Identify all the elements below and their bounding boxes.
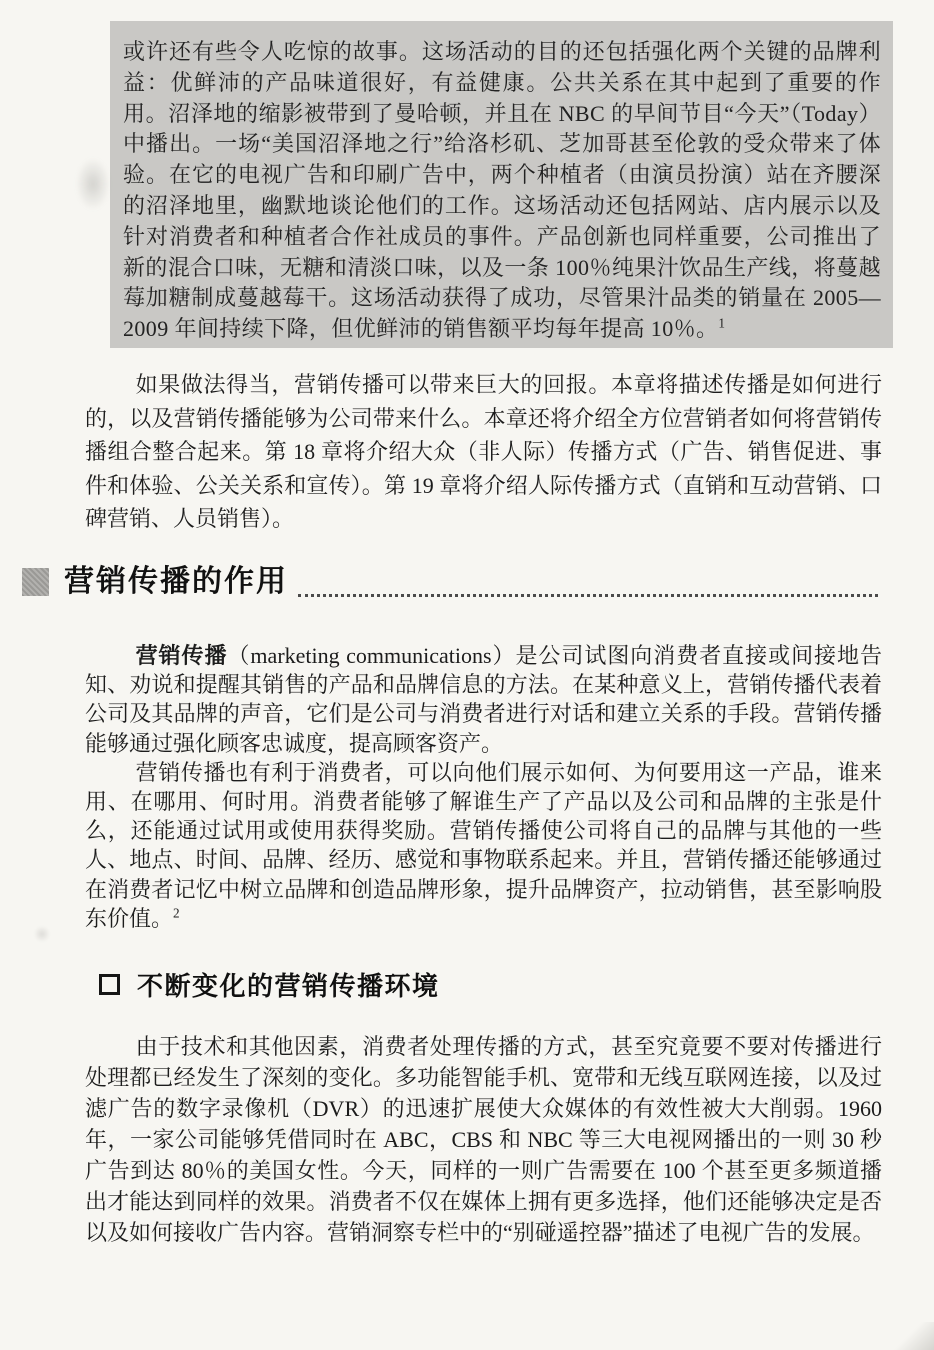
paragraph-chapter-intro: 如果做法得当，营销传播可以带来巨大的回报。本章将描述传播是如何进行的，以及营销传… — [85, 368, 882, 536]
footnote-ref-2: 2 — [173, 906, 180, 921]
scan-corner-shadow — [894, 1322, 934, 1350]
paragraph-definition: 营销传播（marketing communications）是公司试图向消费者直… — [85, 641, 882, 758]
book-page: 或许还有些令人吃惊的故事。这场活动的目的还包括强化两个关键的品牌利益：优鲜沛的产… — [0, 0, 934, 1350]
section-heading: 营销传播的作用 — [22, 558, 882, 600]
dotted-leader-line — [298, 594, 878, 597]
subsection-title: 不断变化的营销传播环境 — [137, 966, 440, 1003]
paragraph-changing-environment: 由于技术和其他因素，消费者处理传播的方式，甚至究竟要不要对传播进行处理都已经发生… — [85, 1031, 882, 1248]
case-study-box: 或许还有些令人吃惊的故事。这场活动的目的还包括强化两个关键的品牌利益：优鲜沛的产… — [110, 21, 893, 348]
scan-smudge-artifact — [34, 926, 50, 942]
footnote-ref-1: 1 — [718, 316, 725, 331]
scan-smudge-artifact — [76, 158, 110, 210]
section-title: 营销传播的作用 — [64, 564, 288, 600]
section-body: 营销传播（marketing communications）是公司试图向消费者直… — [85, 641, 882, 933]
term-marketing-communications: 营销传播 — [136, 643, 228, 668]
subsection-heading: 不断变化的营销传播环境 — [99, 966, 440, 1003]
paragraph-consumer-benefits: 营销传播也有利于消费者，可以向他们展示如何、为何要用这一产品，谁来用、在哪用、何… — [85, 758, 882, 933]
subsection-square-icon — [99, 974, 120, 995]
case-study-text: 或许还有些令人吃惊的故事。这场活动的目的还包括强化两个关键的品牌利益：优鲜沛的产… — [123, 37, 881, 345]
section-bullet-square-icon — [22, 568, 49, 596]
